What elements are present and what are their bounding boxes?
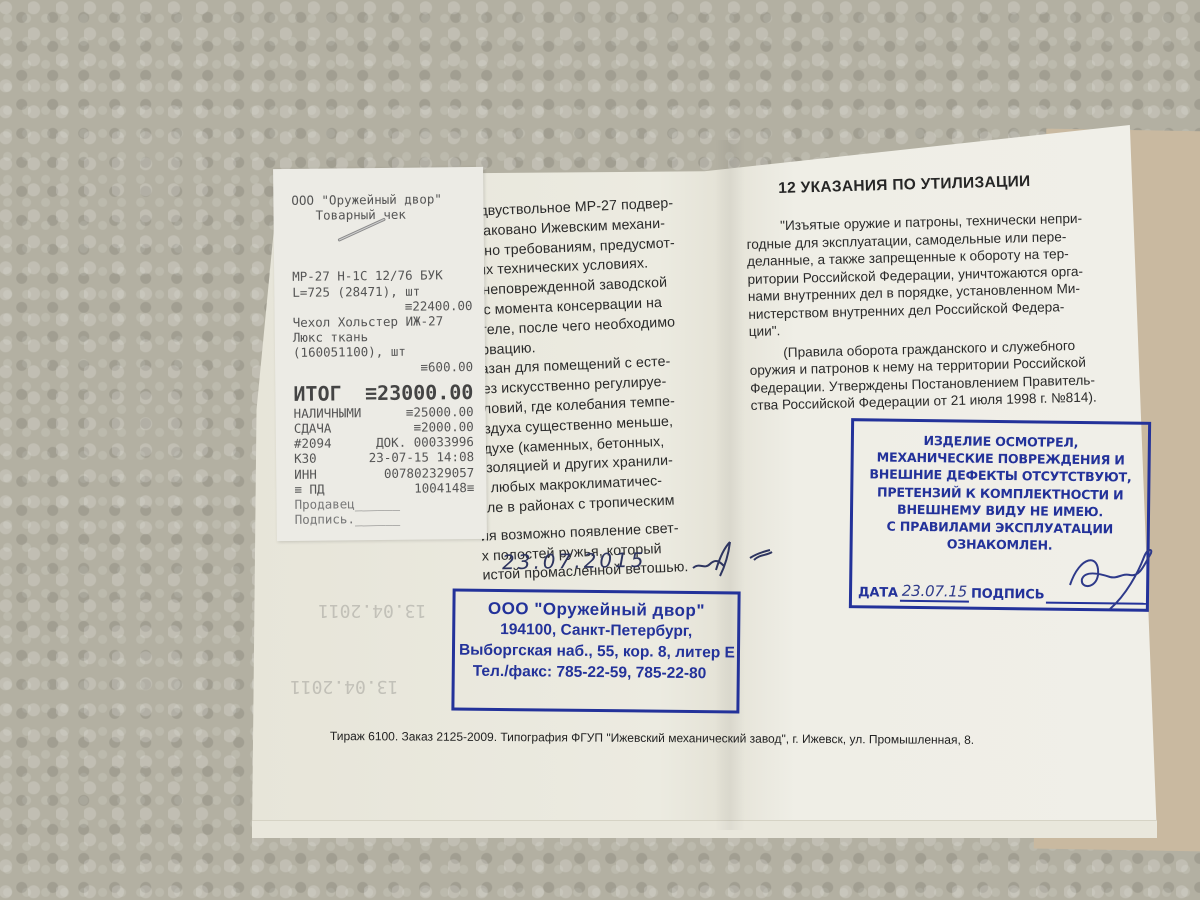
- item-price: ≡22400.00: [292, 298, 476, 315]
- seller-label: Продавец: [294, 496, 354, 512]
- left-page-text: е двуствольное МР-27 подвер- упаковано И…: [467, 192, 743, 587]
- receipt-datetime: 23-07-15 14:08: [369, 449, 475, 465]
- owner-signature-icon: [1060, 545, 1160, 615]
- cash-label: НАЛИЧНЫМИ: [294, 405, 362, 421]
- doc-number: ДОК. 00033996: [376, 434, 474, 450]
- receipt-number: #2094: [294, 436, 332, 452]
- signature-line: Подпись.______: [295, 510, 479, 527]
- handwritten-signature-icon: [690, 540, 790, 580]
- change-label: СДАЧА: [294, 421, 332, 437]
- pd-value: 1004148≡: [414, 480, 474, 496]
- sales-receipt: ООО "Оружейный двор" Товарный чек МР-27 …: [273, 167, 487, 541]
- right-page-text: "Изъятые оружие и патроны, технически не…: [746, 208, 1146, 414]
- shop-stamp: ООО "Оружейный двор" 194100, Санкт-Петер…: [451, 588, 740, 713]
- stamp-address: Выборгская наб., 55, кор. 8, литер Е: [455, 640, 737, 664]
- handwritten-stamp-date: 23.07.15: [900, 583, 969, 603]
- change-value: ≡2000.00: [413, 419, 473, 435]
- signature-label: Подпись: [295, 512, 348, 528]
- pd-label: ≡ ПД: [294, 481, 324, 497]
- total-label: ИТОГ: [293, 381, 341, 406]
- total-value: ≡23000.00: [365, 380, 474, 405]
- signature-label: ПОДПИСЬ: [971, 585, 1045, 603]
- receipt-total-row: ИТОГ ≡23000.00: [293, 380, 477, 406]
- receipt-item: Чехол Хольстер ИЖ-27 Люкс ткань (1600511…: [293, 313, 478, 376]
- stamp-company: ООО "Оружейный двор": [455, 598, 737, 622]
- inn-label: ИНН: [294, 466, 317, 481]
- receipt-pd-row: ≡ ПД 1004148≡: [294, 480, 478, 497]
- kkm-label: К30: [294, 451, 317, 466]
- cash-value: ≡25000.00: [406, 404, 474, 420]
- faded-date-stamp: 13.04.2011: [290, 676, 398, 697]
- date-label: ДАТА: [858, 584, 898, 602]
- stamp-city: 194100, Санкт-Петербург,: [455, 619, 737, 643]
- inn-value: 007802329057: [384, 465, 474, 481]
- receipt-item: МР-27 Н-1С 12/76 БУК L=725 (28471), шт ≡…: [292, 267, 476, 315]
- item-price: ≡600.00: [293, 359, 477, 376]
- handwritten-date: 23.07.2015: [502, 548, 647, 575]
- faded-date-stamp: 13.04.2011: [318, 600, 426, 621]
- page-edge: [252, 820, 1157, 838]
- stamp-phone: Тел./факс: 785-22-59, 785-22-80: [455, 661, 737, 685]
